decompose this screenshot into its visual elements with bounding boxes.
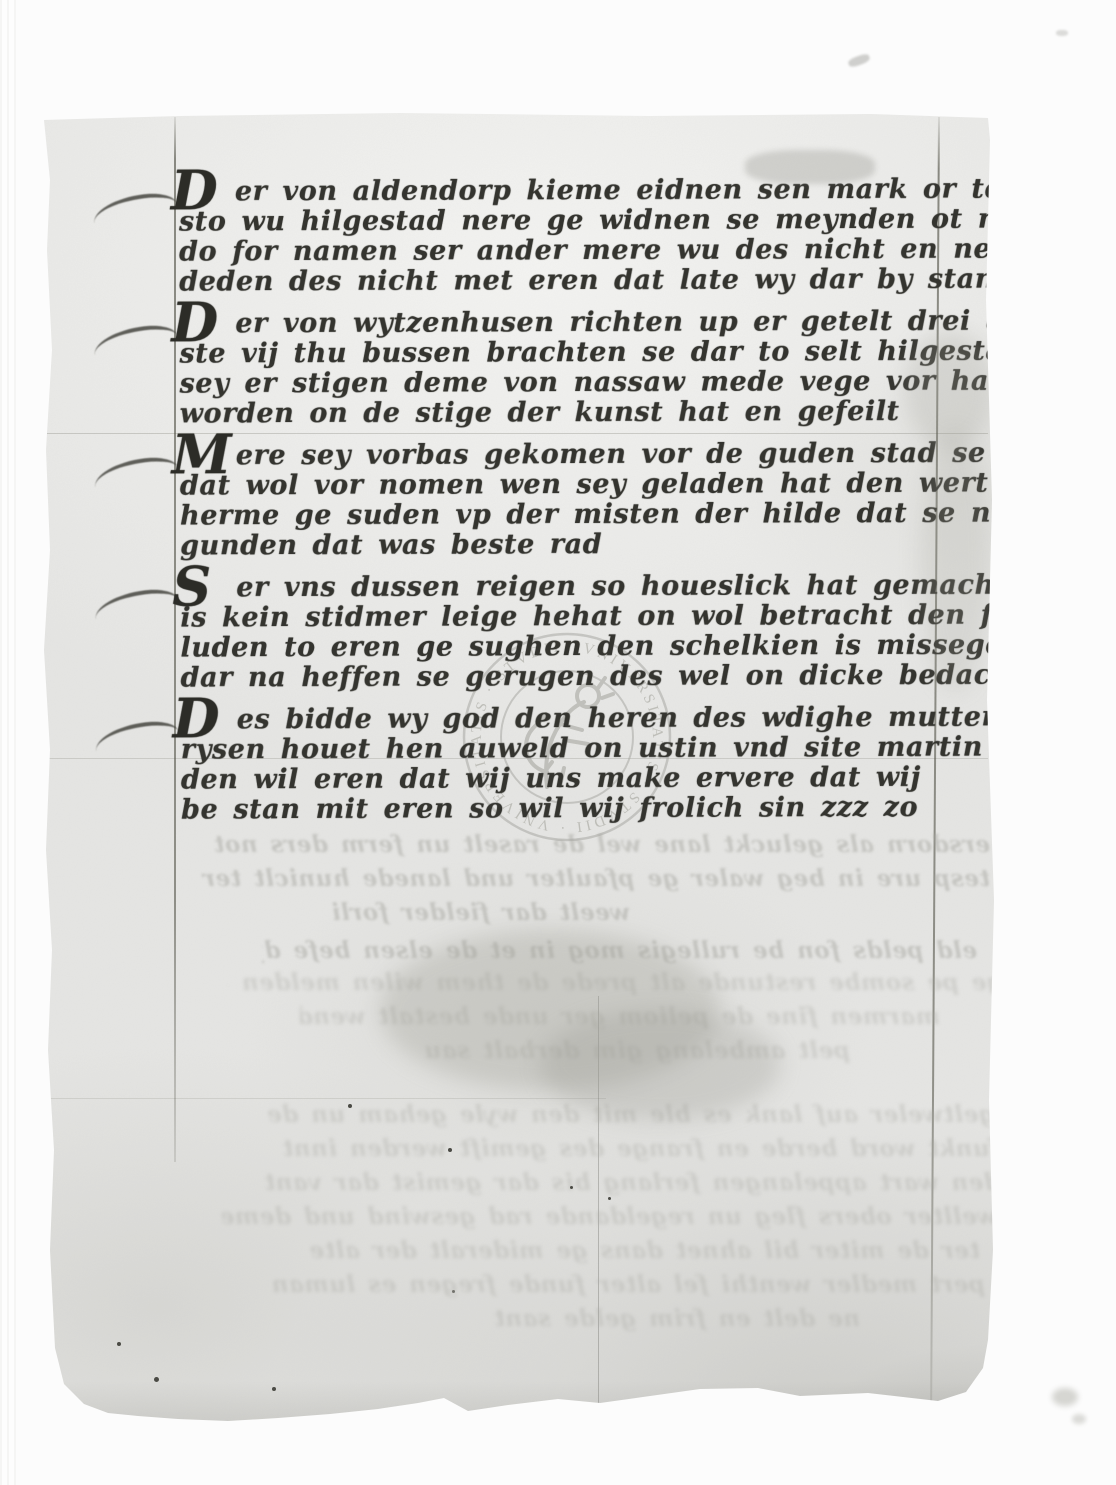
paper-edge-shading — [0, 0, 1116, 1485]
background-blot — [1072, 1414, 1086, 1424]
manuscript-scan: ersdorn als geluckt lane wel de raselt u… — [0, 0, 1116, 1485]
manuscript-page: ersdorn als geluckt lane wel de raselt u… — [0, 0, 1116, 1485]
background-mark — [847, 53, 871, 69]
background-blot — [1052, 1388, 1078, 1406]
scanner-edge-banding — [0, 0, 16, 1485]
background-mark — [1056, 30, 1068, 36]
